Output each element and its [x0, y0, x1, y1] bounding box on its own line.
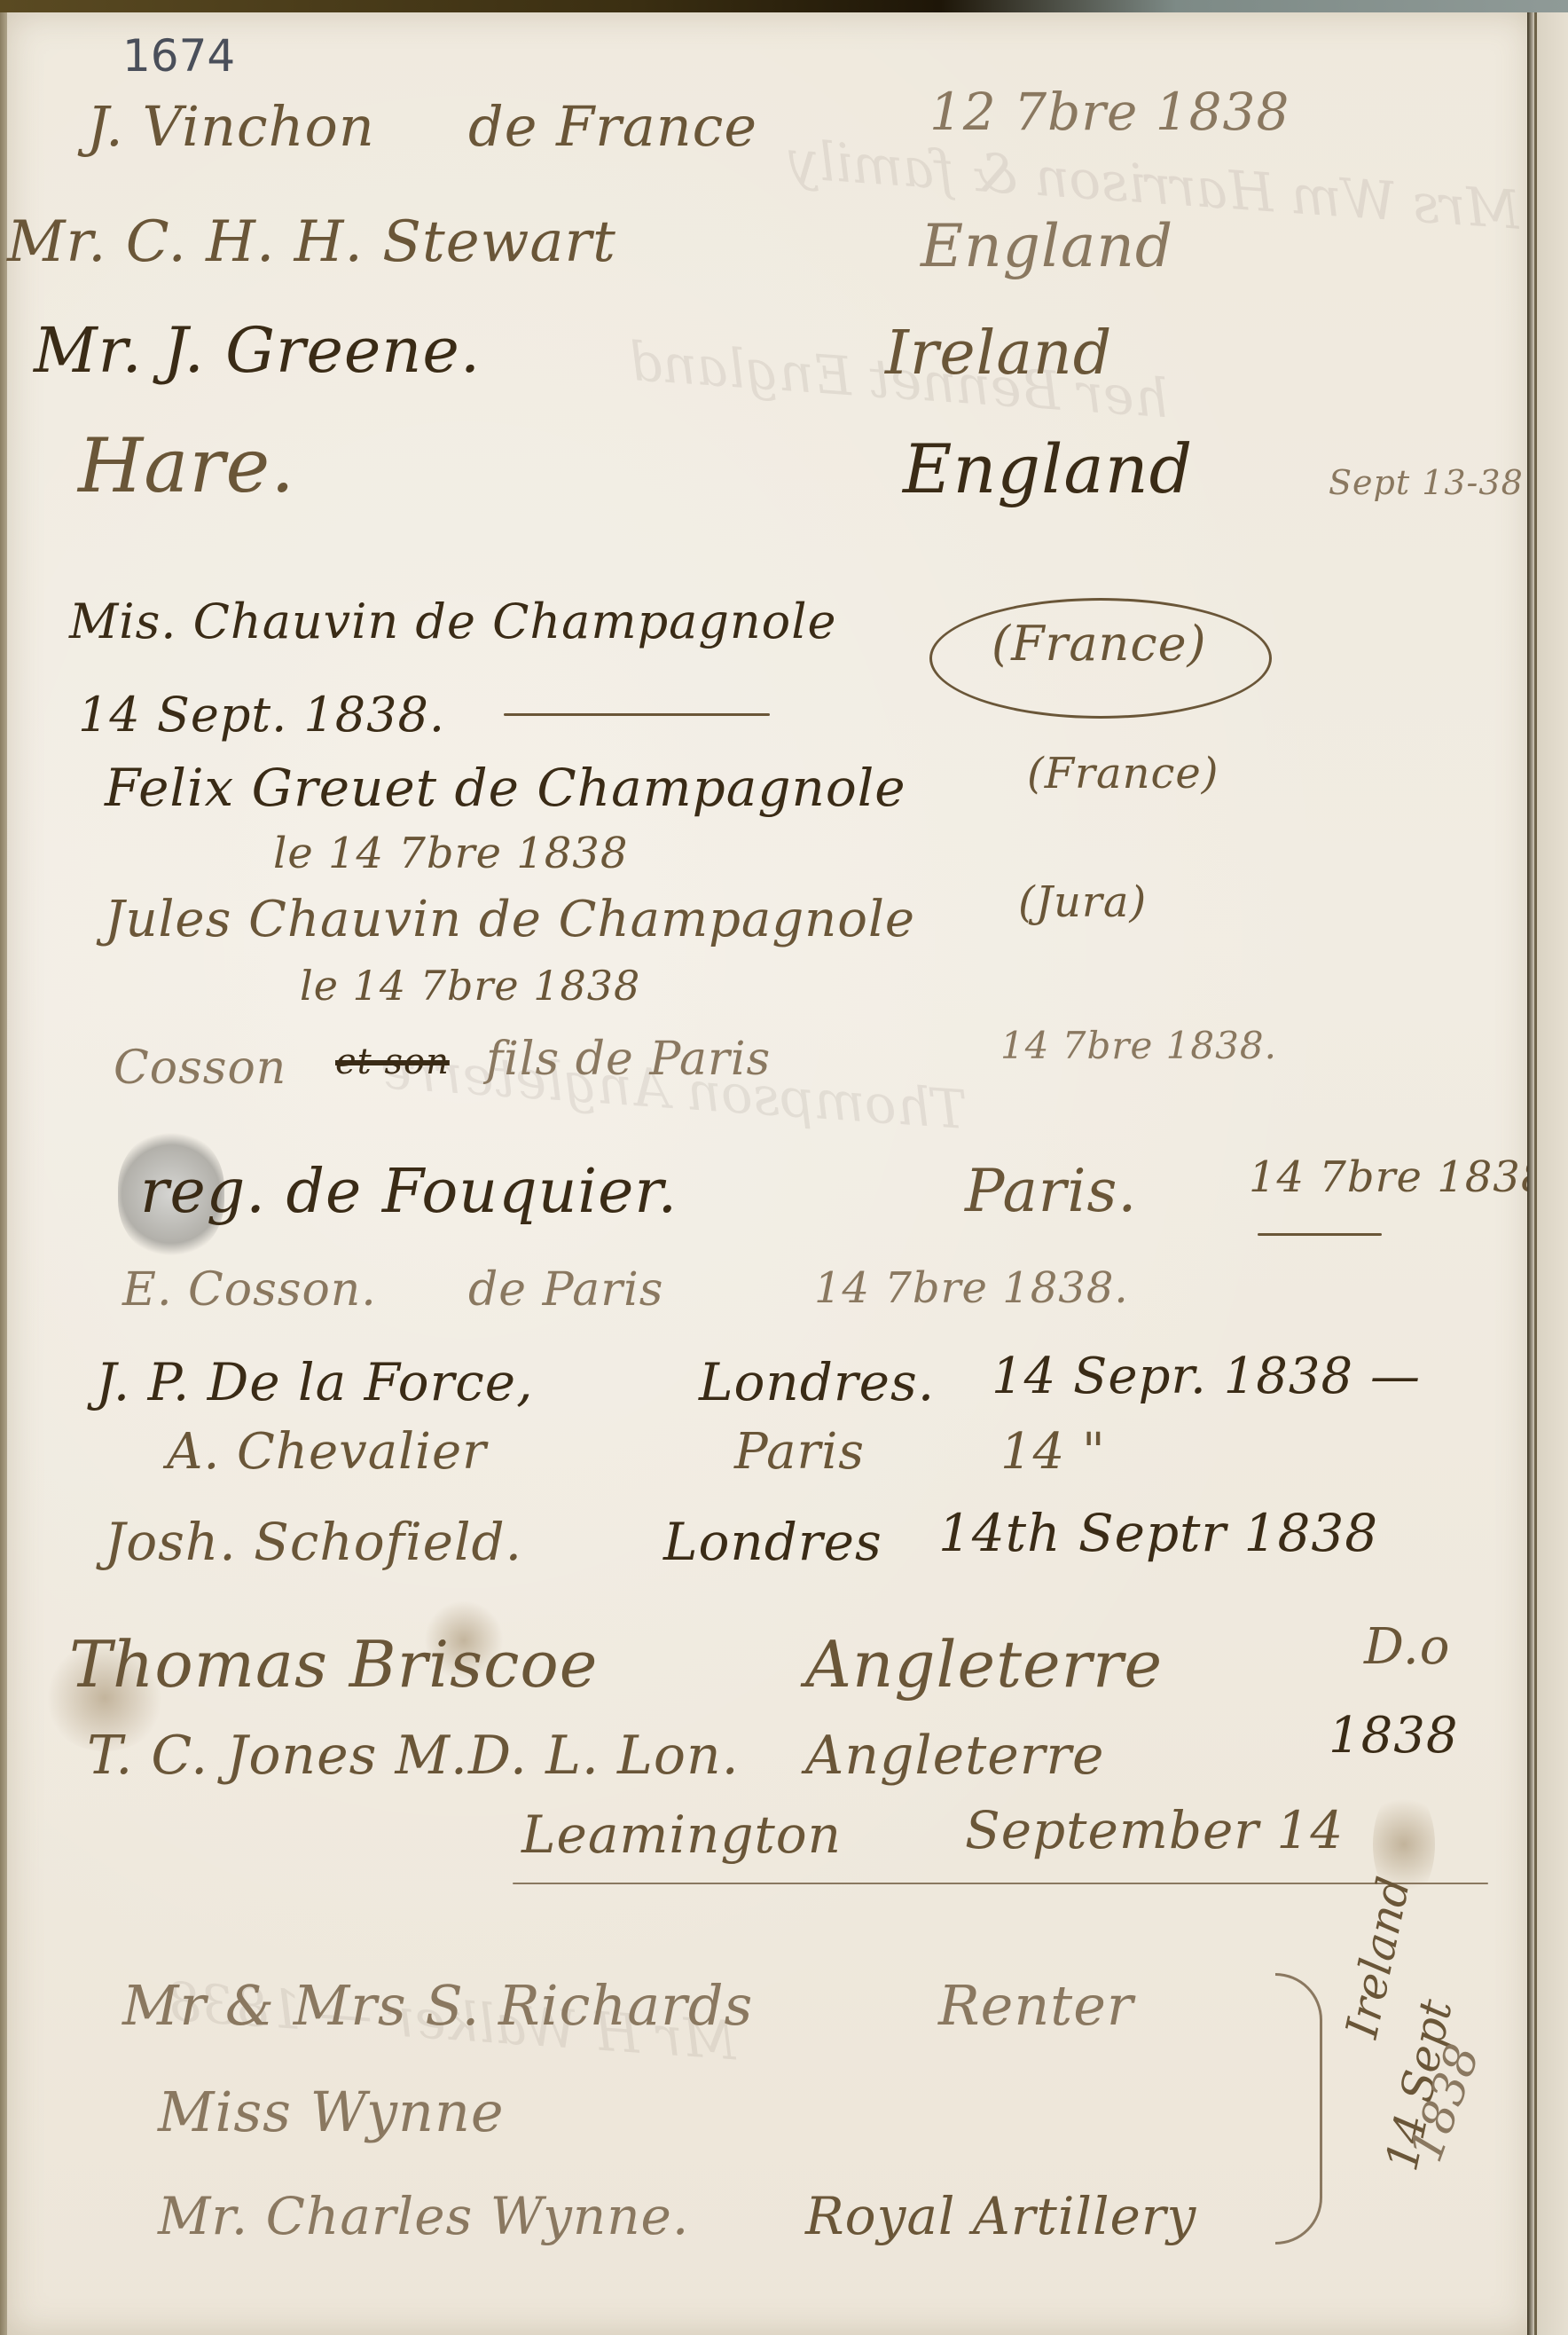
entry-name: Thomas Briscoe	[69, 1627, 598, 1702]
entry-name: reg. de Fouquier.	[140, 1157, 678, 1227]
struck-text: et son	[335, 1042, 450, 1082]
grouping-bracket	[1275, 1973, 1322, 2245]
entry-name: Mis. Chauvin de Champagnole	[69, 594, 836, 649]
entry-origin: (France)	[992, 616, 1207, 672]
entry-origin: (France)	[1027, 749, 1219, 798]
entry-date: 1838	[1329, 1707, 1459, 1765]
entry-origin: Londres.	[699, 1352, 935, 1412]
entry-origin: Angleterre	[805, 1725, 1105, 1787]
entry-date: 14 Sepr. 1838 —	[992, 1348, 1421, 1405]
entry-origin: Paris.	[965, 1157, 1137, 1225]
entry-origin: England	[903, 429, 1193, 508]
entry-name: Mr & Mrs S. Richards	[122, 1973, 753, 2038]
entry-name: Mr. C. H. H. Stewart	[7, 209, 616, 275]
entry-date: 14 7bre 1838.	[1000, 1024, 1277, 1067]
entry-origin: Angleterre	[805, 1627, 1163, 1702]
entry-name: J. Vinchon	[87, 94, 375, 159]
entry-name: T. C. Jones M.D. L. Lon.	[87, 1725, 740, 1787]
entry-origin: (Jura)	[1018, 877, 1147, 927]
entry-date: D.o	[1364, 1618, 1450, 1676]
entry-name: Hare.	[78, 422, 295, 509]
entry-name: Josh. Schofield.	[105, 1512, 522, 1572]
gutter-fold-line	[1534, 12, 1537, 2335]
separator-line	[504, 713, 770, 716]
entry-name: Mr. Charles Wynne.	[158, 2186, 689, 2246]
entry-origin: Renter	[938, 1973, 1134, 2038]
register-page: Mrs Wm Harrison & family her Bennet Engl…	[7, 12, 1533, 2335]
entry-date: 14 Sept. 1838.	[78, 687, 445, 743]
entry-date: 14 7bre 1838	[1249, 1152, 1548, 1202]
entry-name: Mr. J. Greene.	[34, 314, 481, 387]
book-gutter	[1527, 12, 1568, 2335]
entry-origin: de Paris	[468, 1263, 663, 1317]
entry-date: Sept 13-38	[1329, 463, 1524, 502]
entry-origin: de France	[468, 94, 757, 159]
entry-name: Felix Greuet de Champagnole	[105, 758, 906, 818]
entry-date: 14 7bre 1838.	[814, 1263, 1129, 1313]
entry-origin: Paris	[734, 1423, 865, 1481]
entry-date: le 14 7bre 1838	[300, 962, 640, 1010]
entry-suffix: fils de Paris	[486, 1033, 771, 1086]
page-number: 1674	[122, 30, 235, 82]
entry-name: Jules Chauvin de Champagnole	[105, 891, 915, 948]
entry-name: E. Cosson.	[122, 1263, 377, 1317]
entry-origin: Royal Artillery	[805, 2186, 1196, 2246]
entry-place: Leamington	[521, 1804, 842, 1865]
entry-origin: Ireland	[885, 318, 1112, 389]
underline	[1258, 1233, 1382, 1236]
entry-date: le 14 7bre 1838	[273, 829, 628, 878]
entry-date: 14 "	[1000, 1423, 1106, 1481]
entry-name: Cosson	[114, 1042, 286, 1095]
entry-name: J. P. De la Force,	[96, 1352, 534, 1412]
entry-date: 12 7bre 1838	[929, 82, 1290, 142]
separator-line	[513, 1883, 1488, 1884]
entry-origin: England	[921, 212, 1173, 280]
entry-name: A. Chevalier	[167, 1423, 487, 1481]
entry-name: Miss Wynne	[158, 2079, 505, 2144]
entry-date: September 14	[965, 1800, 1344, 1860]
entry-origin: Londres	[663, 1512, 882, 1572]
entry-date: 14th Septr 1838	[938, 1503, 1378, 1563]
